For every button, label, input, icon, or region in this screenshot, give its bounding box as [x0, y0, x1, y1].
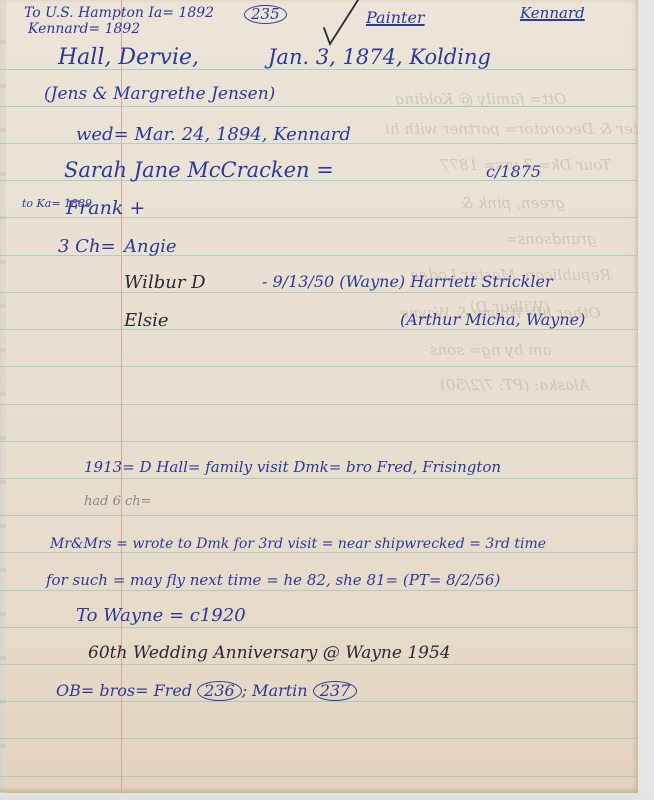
obituary-note: OB= bros= Fred 236; Martin 237	[56, 681, 357, 701]
subject-name: Hall, Dervie,	[58, 47, 199, 69]
bleed-through-text: Painter & Decorator= partner with hi	[385, 122, 638, 137]
spouse-name: Sarah Jane McCracken =	[64, 160, 334, 181]
ruled-line	[0, 329, 638, 330]
ruled-line	[0, 552, 638, 553]
margin-line	[121, 0, 122, 793]
visit-note: 1913= D Hall= family visit Dmk= bro Fred…	[84, 460, 501, 475]
census-note: Kennard= 1892	[28, 22, 140, 36]
child-name: Angie	[124, 238, 177, 256]
ruled-line	[0, 515, 638, 516]
ruled-line	[0, 590, 638, 591]
move-note: To Wayne = c1920	[76, 607, 246, 625]
bleed-through-text: green, pink &	[460, 196, 565, 211]
census-note: To U.S. Hampton Ia= 1892	[24, 6, 214, 20]
spouse-birth: c/1875	[486, 164, 541, 180]
obituary-ref: 237	[313, 681, 358, 701]
children-count: 3 Ch=	[58, 238, 116, 256]
ruled-line	[0, 366, 638, 367]
bleed-through-text: Alaska: (PT: 7/2/50)	[440, 378, 590, 393]
anniversary-note: 60th Wedding Anniversary @ Wayne 1954	[88, 645, 451, 662]
binder-edge	[0, 0, 6, 793]
trip-note: for such = may fly next time = he 82, sh…	[46, 573, 500, 588]
ruled-line	[0, 292, 638, 293]
bleed-through-text: grandsons=	[505, 232, 597, 247]
obituary-separator: ; Martin	[242, 681, 308, 700]
spouse-relation: Frank +	[66, 199, 145, 218]
notebook-page: Ott= family @ Kolding Painter & Decorato…	[0, 0, 638, 793]
child-name: Elsie	[124, 312, 169, 330]
marriage-line: wed= Mar. 24, 1894, Kennard	[76, 126, 351, 144]
scan-edge	[0, 793, 654, 800]
ruled-line	[0, 627, 638, 628]
location-tag: Kennard	[520, 6, 585, 21]
bleed-through-text: am by ng= sons	[430, 343, 551, 358]
record-number: 235	[244, 5, 287, 24]
subject-parents: (Jens & Margrethe Jensen)	[44, 86, 275, 103]
scan-edge	[638, 0, 654, 800]
ruled-line	[0, 738, 638, 739]
checkmark-icon	[320, 0, 360, 46]
record-number-circle: 235	[244, 5, 287, 24]
ruled-line	[0, 701, 638, 702]
child-note: - 9/13/50 (Wayne) Harriett Strickler	[262, 274, 553, 290]
obituary-prefix: OB= bros= Fred	[56, 681, 192, 700]
ruled-line	[0, 664, 638, 665]
bleed-through-text: Ott= family @ Kolding	[395, 92, 566, 107]
trip-note: Mr&Mrs = wrote to Dmk for 3rd visit = ne…	[50, 537, 546, 551]
obituary-ref: 236	[197, 681, 242, 701]
ruled-line	[0, 404, 638, 405]
child-name: Wilbur D	[124, 274, 206, 292]
ruled-line	[0, 776, 638, 777]
subject-birth: Jan. 3, 1874, Kolding	[268, 47, 491, 68]
occupation-label: Painter	[366, 10, 425, 26]
child-note: (Arthur Micha, Wayne)	[400, 312, 585, 328]
ruled-line	[0, 478, 638, 479]
children-note: had 6 ch=	[84, 495, 152, 508]
ruled-line	[0, 441, 638, 442]
